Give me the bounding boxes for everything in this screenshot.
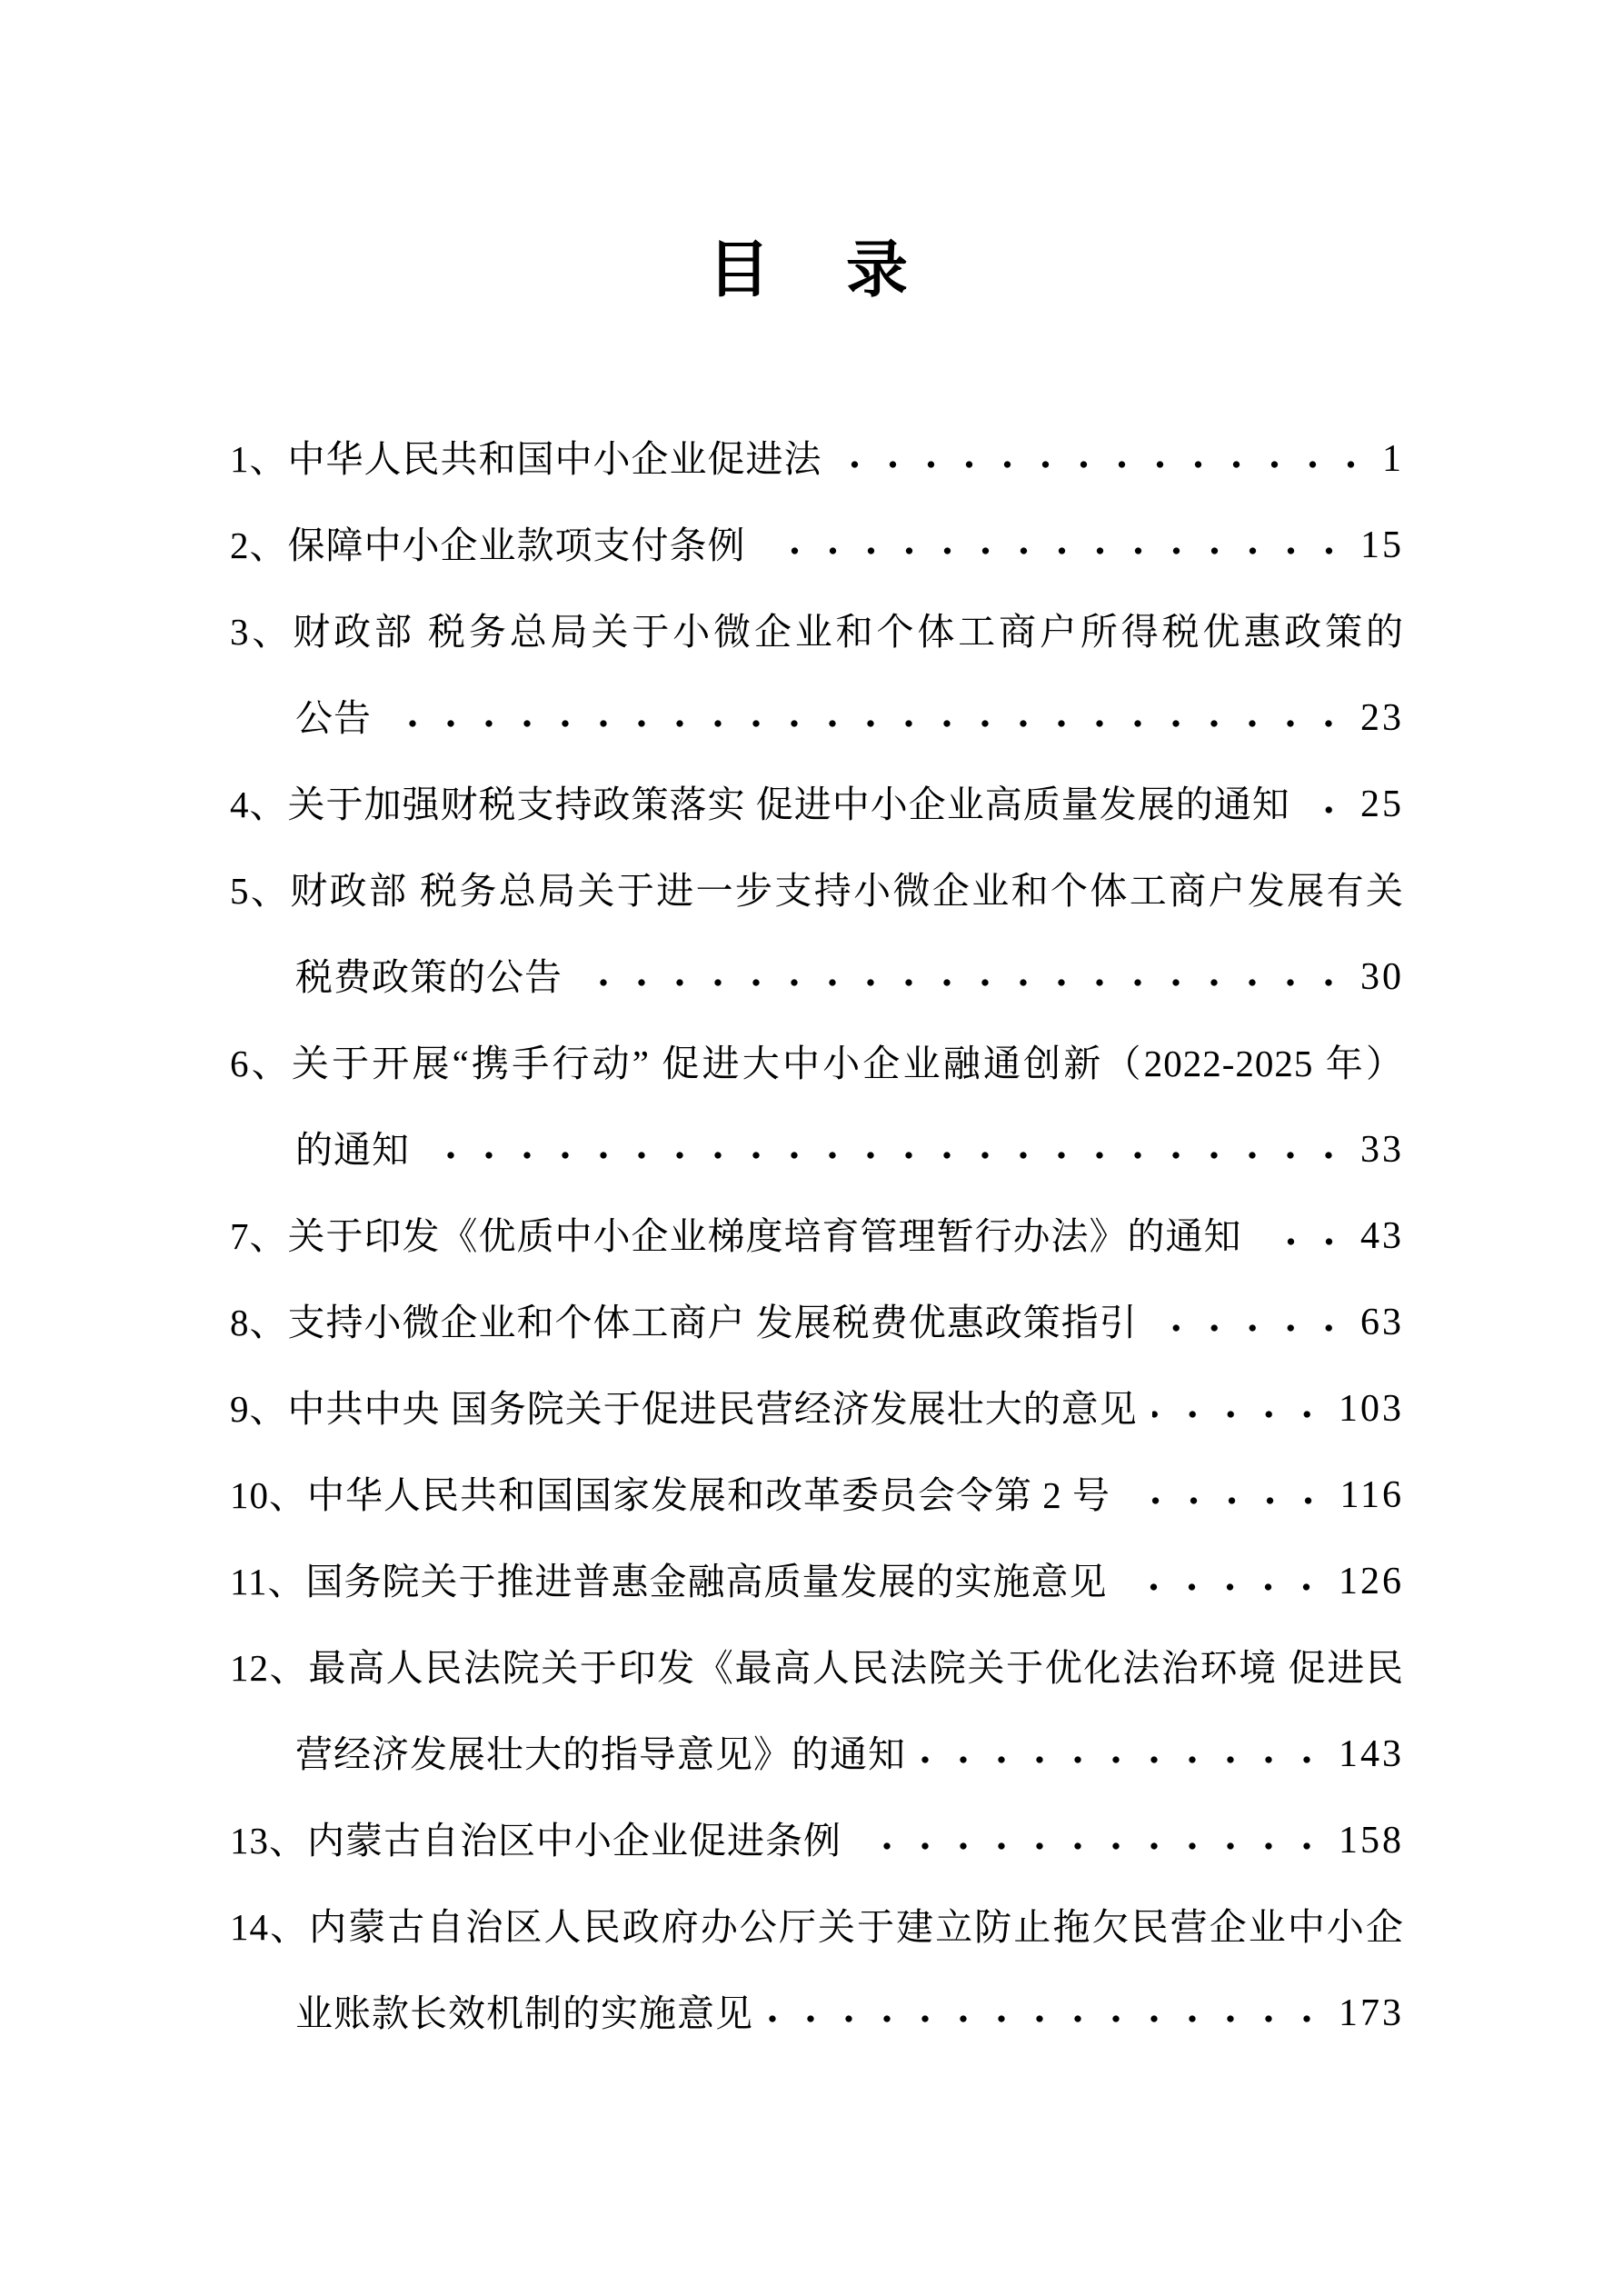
toc-entry-line: 公告 23 xyxy=(230,675,1404,762)
toc-entry-line: 1、中华人民共和国中小企业促进法 1 xyxy=(230,416,1404,503)
page-number: 23 xyxy=(1360,697,1404,739)
document-page: 目 录 1、中华人民共和国中小企业促进法 1 2、保障中小企业款项支付条例 15… xyxy=(0,0,1623,2296)
dot-leader xyxy=(921,1753,1326,1766)
entry-text: 公告 xyxy=(295,698,372,739)
dot-leader xyxy=(768,2012,1326,2025)
dot-leader xyxy=(424,1149,1348,1162)
dot-leader xyxy=(1257,1235,1349,1248)
toc-entry-line: 2、保障中小企业款项支付条例 15 xyxy=(230,503,1404,589)
entry-text: 13、内蒙古自治区中小企业促进条例 xyxy=(230,1821,841,1862)
dot-leader xyxy=(1152,1322,1348,1334)
entry-text: 4、关于加强财税支持政策落实 促进中小企业高质量发展的通知 xyxy=(230,784,1290,825)
toc-entry-line: 8、支持小微企业和个体工商户 发展税费优惠政策指引 63 xyxy=(230,1280,1404,1366)
toc-entry-line: 4、关于加强财税支持政策落实 促进中小企业高质量发展的通知 25 xyxy=(230,762,1404,848)
entry-text: 2、保障中小企业款项支付条例 xyxy=(230,525,746,566)
entry-text: 9、中共中央 国务院关于促进民营经济发展壮大的意见 xyxy=(230,1389,1138,1430)
dot-leader xyxy=(837,458,1370,471)
dot-leader xyxy=(577,976,1348,989)
page-number: 33 xyxy=(1360,1129,1404,1171)
toc-list: 1、中华人民共和国中小企业促进法 1 2、保障中小企业款项支付条例 15 3、财… xyxy=(230,416,1404,2057)
toc-entry-line: 9、中共中央 国务院关于促进民营经济发展壮大的意见 103 xyxy=(230,1366,1404,1452)
entry-text: 12、最高人民法院关于印发《最高人民法院关于优化法治环境 促进民 xyxy=(230,1648,1404,1689)
toc-entry-line: 的通知 33 xyxy=(230,1107,1404,1193)
dot-leader xyxy=(386,717,1348,730)
toc-entry-line: 6、关于开展“携手行动” 促进大中小企业融通创新（2022-2025 年） xyxy=(230,1021,1404,1107)
page-number: 143 xyxy=(1339,1733,1404,1775)
page-number: 63 xyxy=(1360,1302,1404,1343)
entry-text: 14、内蒙古自治区人民政府办公厅关于建立防止拖欠民营企业中小企 xyxy=(230,1907,1404,1948)
entry-text: 6、关于开展“携手行动” 促进大中小企业融通创新（2022-2025 年） xyxy=(230,1043,1404,1084)
toc-entry-line: 13、内蒙古自治区中小企业促进条例 158 xyxy=(230,1798,1404,1884)
page-number: 126 xyxy=(1339,1561,1404,1602)
dot-leader xyxy=(1121,1581,1326,1593)
toc-entry-line: 12、最高人民法院关于印发《最高人民法院关于优化法治环境 促进民 xyxy=(230,1625,1404,1712)
entry-text: 的通知 xyxy=(295,1130,410,1171)
entry-text: 10、中华人民共和国国家发展和改革委员会令第 2 号 xyxy=(230,1475,1110,1516)
page-number: 158 xyxy=(1339,1820,1404,1862)
toc-entry-line: 14、内蒙古自治区人民政府办公厅关于建立防止拖欠民营企业中小企 xyxy=(230,1884,1404,1971)
entry-text: 1、中华人民共和国中小企业促进法 xyxy=(230,439,822,480)
toc-entry-line: 税费政策的公告 30 xyxy=(230,934,1404,1021)
page-title: 目 录 xyxy=(0,235,1623,305)
entry-text: 5、财政部 税务总局关于进一步支持小微企业和个体工商户发展有关 xyxy=(230,871,1404,912)
page-number: 15 xyxy=(1360,524,1404,566)
toc-entry-line: 营经济发展壮大的指导意见》的通知 143 xyxy=(230,1712,1404,1798)
page-number: 173 xyxy=(1339,1992,1404,2034)
entry-text: 业账款长效机制的实施意见 xyxy=(295,1993,753,2034)
page-number: 103 xyxy=(1339,1388,1404,1430)
entry-text: 7、关于印发《优质中小企业梯度培育管理暂行办法》的通知 xyxy=(230,1216,1242,1257)
entry-text: 8、支持小微企业和个体工商户 发展税费优惠政策指引 xyxy=(230,1303,1138,1343)
page-number: 30 xyxy=(1360,956,1404,998)
dot-leader xyxy=(1125,1494,1328,1507)
toc-entry-line: 7、关于印发《优质中小企业梯度培育管理暂行办法》的通知 43 xyxy=(230,1193,1404,1280)
entry-text: 11、国务院关于推进普惠金融高质量发展的实施意见 xyxy=(230,1562,1107,1602)
entry-text: 3、财政部 税务总局关于小微企业和个体工商户所得税优惠政策的 xyxy=(230,612,1404,653)
page-number: 25 xyxy=(1360,784,1404,825)
toc-entry-line: 业账款长效机制的实施意见 173 xyxy=(230,1971,1404,2057)
page-number: 1 xyxy=(1382,438,1404,480)
toc-entry-line: 5、财政部 税务总局关于进一步支持小微企业和个体工商户发展有关 xyxy=(230,848,1404,934)
dot-leader xyxy=(761,544,1349,557)
page-number: 43 xyxy=(1360,1215,1404,1257)
entry-text: 营经济发展壮大的指导意见》的通知 xyxy=(295,1734,906,1775)
dot-leader xyxy=(856,1840,1326,1852)
toc-entry-line: 11、国务院关于推进普惠金融高质量发展的实施意见 126 xyxy=(230,1539,1404,1625)
entry-text: 税费政策的公告 xyxy=(295,957,563,998)
page-number: 116 xyxy=(1340,1474,1404,1516)
toc-entry-line: 3、财政部 税务总局关于小微企业和个体工商户所得税优惠政策的 xyxy=(230,589,1404,675)
toc-entry-line: 10、中华人民共和国国家发展和改革委员会令第 2 号 116 xyxy=(230,1452,1404,1539)
dot-leader xyxy=(1305,804,1348,816)
dot-leader xyxy=(1152,1408,1326,1421)
